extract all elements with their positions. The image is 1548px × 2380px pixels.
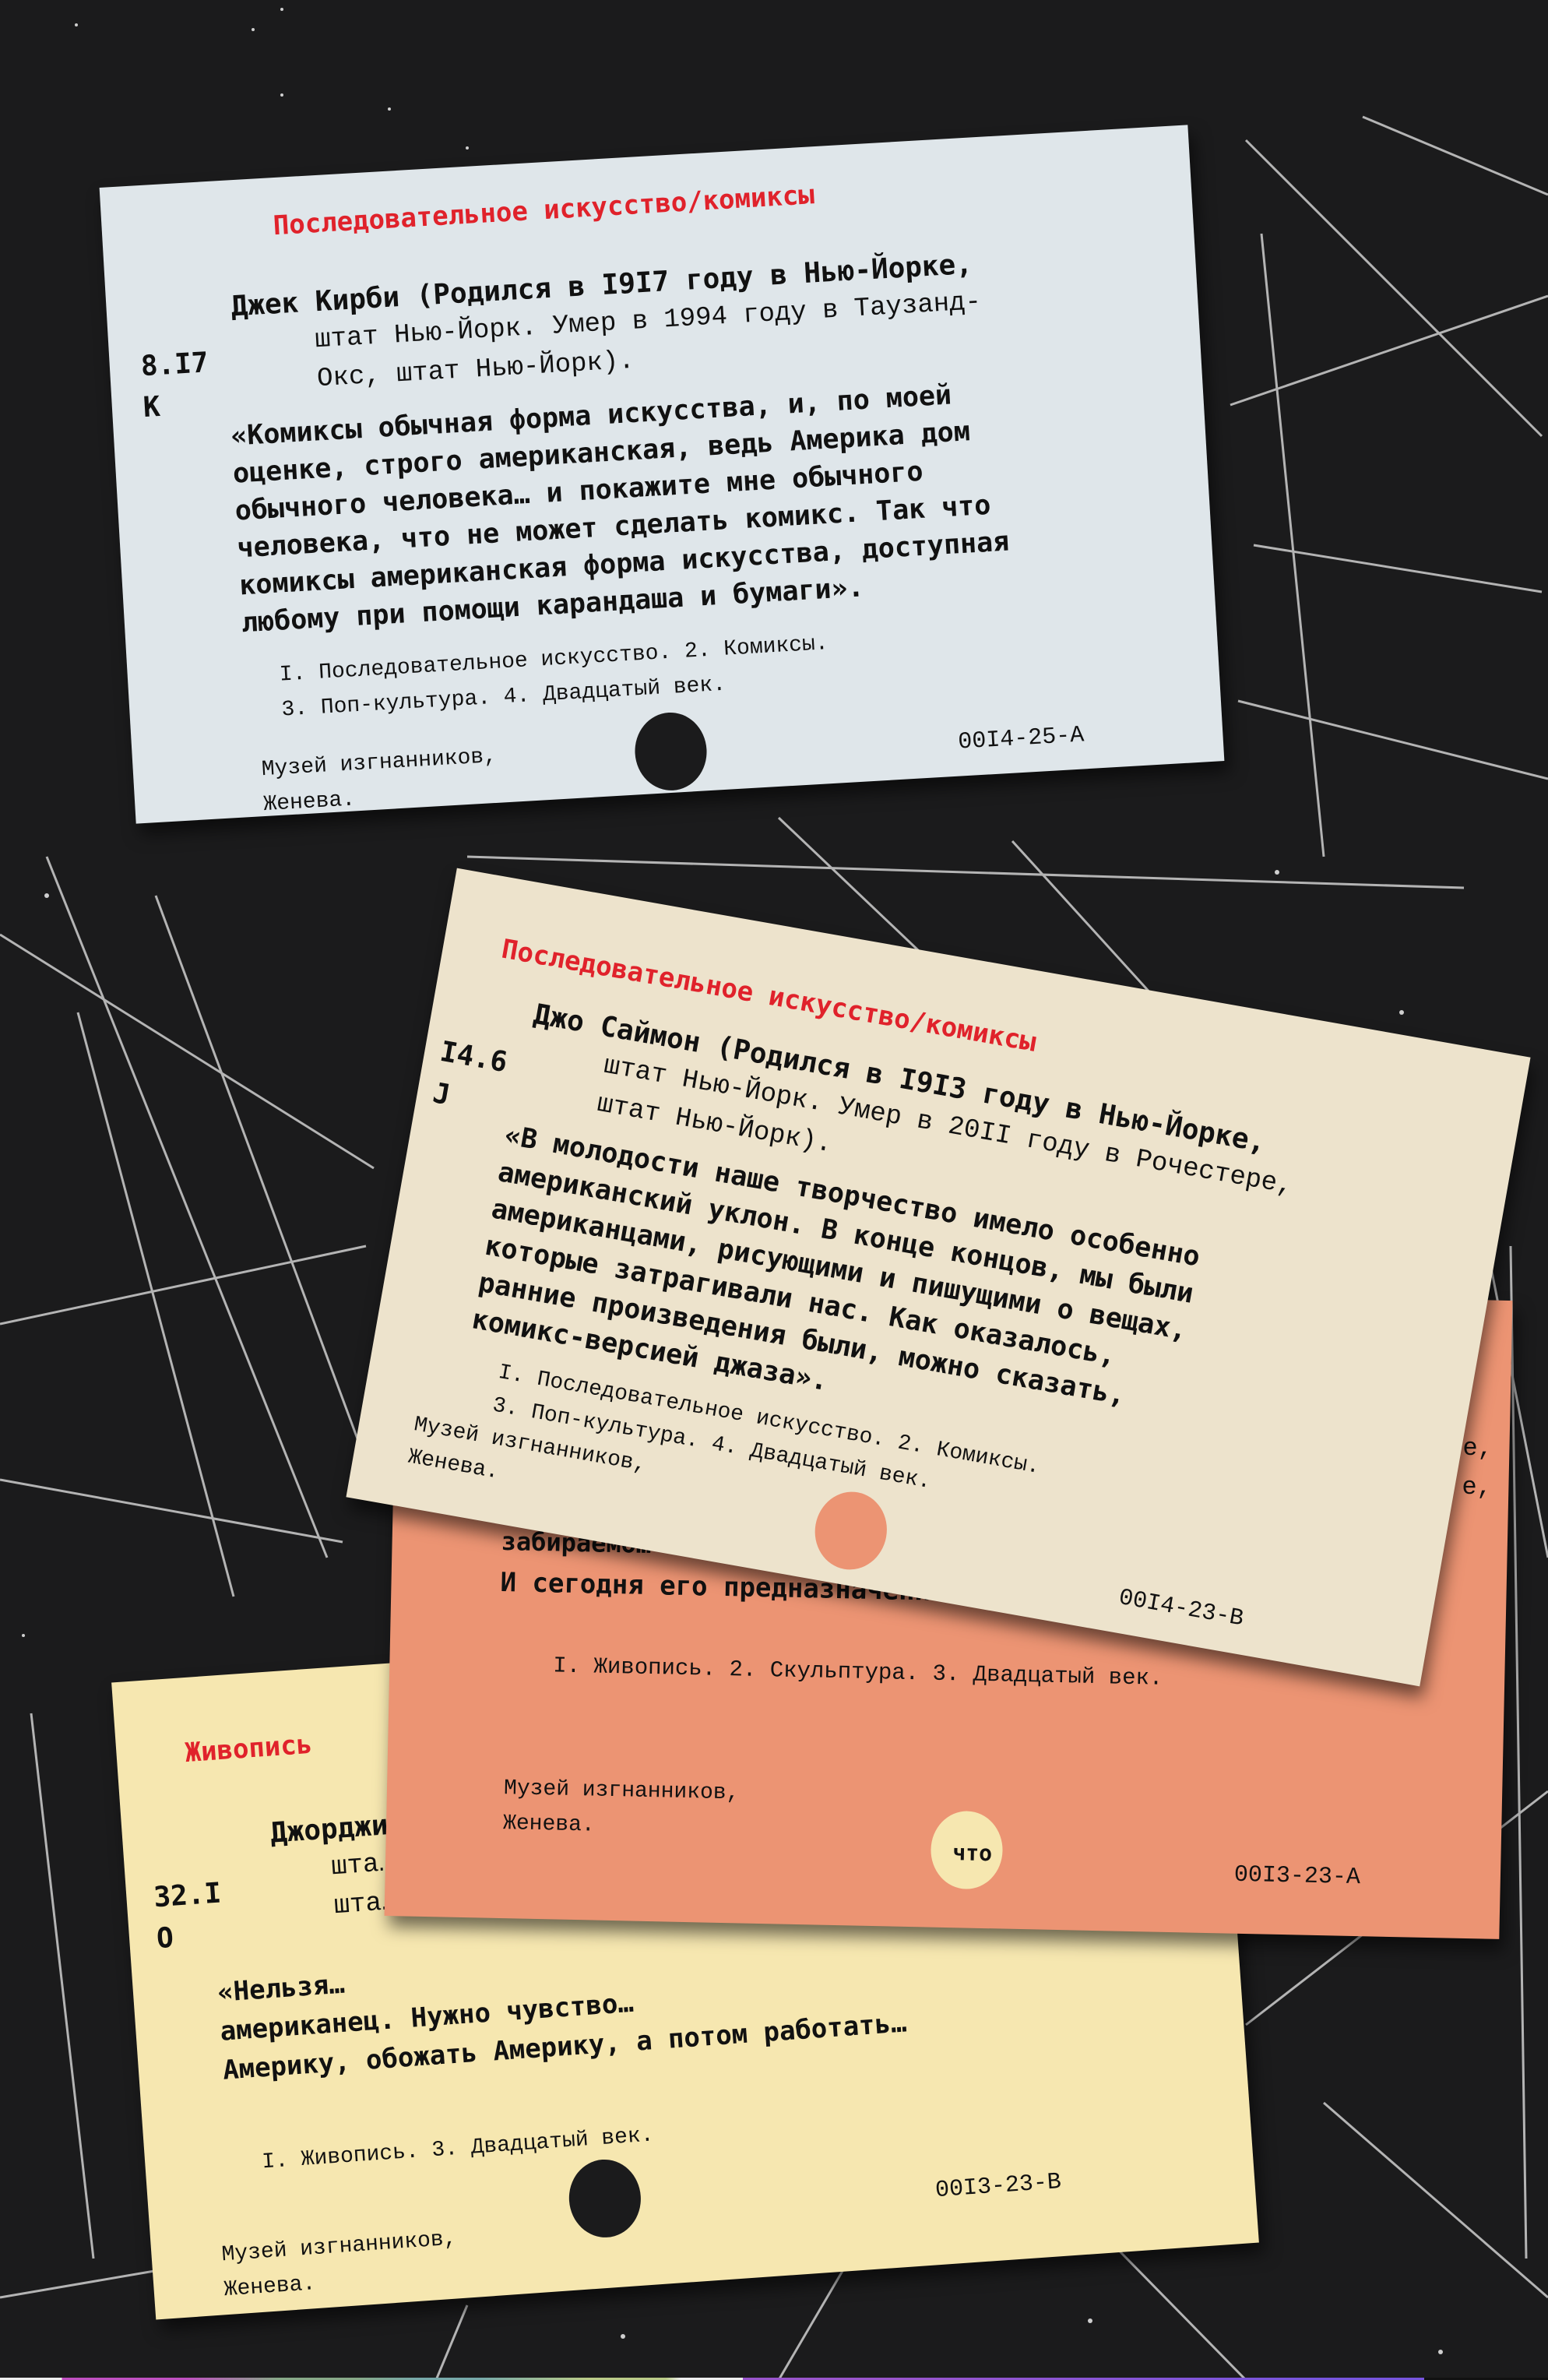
call-number: I4.6	[438, 1038, 509, 1078]
quote-line: «Нельзя…	[216, 1971, 346, 2006]
museum-city: Женева.	[263, 789, 356, 816]
subject-headings: I. Живопись. 2. Скульптура. 3. Двадцатый…	[553, 1654, 1163, 1689]
card-author-line: Окс, штат Нью-Йорк).	[316, 348, 635, 393]
card-code: 00I4-25-A	[958, 724, 1085, 754]
card-code: 00I3-23-B	[934, 2171, 1062, 2202]
text-fragment: е,	[1462, 1436, 1493, 1462]
punch-hole: что	[930, 1811, 1003, 1890]
call-number: 8.I7	[140, 349, 209, 381]
museum-city: Женева.	[406, 1447, 501, 1484]
call-number: 32.I	[153, 1879, 222, 1912]
card-code: 00I4-23-B	[1117, 1586, 1245, 1632]
punch-hole	[809, 1486, 893, 1575]
card-code: 00I3-23-A	[1234, 1864, 1361, 1889]
card-category: Последовательное искусство/комиксы	[273, 181, 815, 239]
subject-headings: I. Последовательное искусство. 2. Комикс…	[279, 633, 829, 687]
museum-name: Музей изгнанников,	[221, 2228, 458, 2266]
museum-city: Женева.	[223, 2273, 316, 2301]
text-fragment: е,	[1462, 1475, 1492, 1501]
catalog-card-jack-kirby: Последовательное искусство/комиксы Джек …	[100, 125, 1225, 823]
punch-hole	[633, 710, 709, 792]
museum-name: Музей изгнанников,	[504, 1778, 740, 1804]
card-category: Живопись	[184, 1731, 313, 1766]
museum-city: Женева.	[503, 1813, 595, 1836]
museum-name: Музей изгнанников,	[261, 746, 498, 781]
hole-text: что	[952, 1842, 992, 1864]
call-number-letter: K	[142, 393, 161, 422]
call-number-letter: J	[431, 1079, 452, 1110]
punch-hole	[567, 2157, 644, 2240]
call-number-letter: O	[156, 1924, 174, 1953]
